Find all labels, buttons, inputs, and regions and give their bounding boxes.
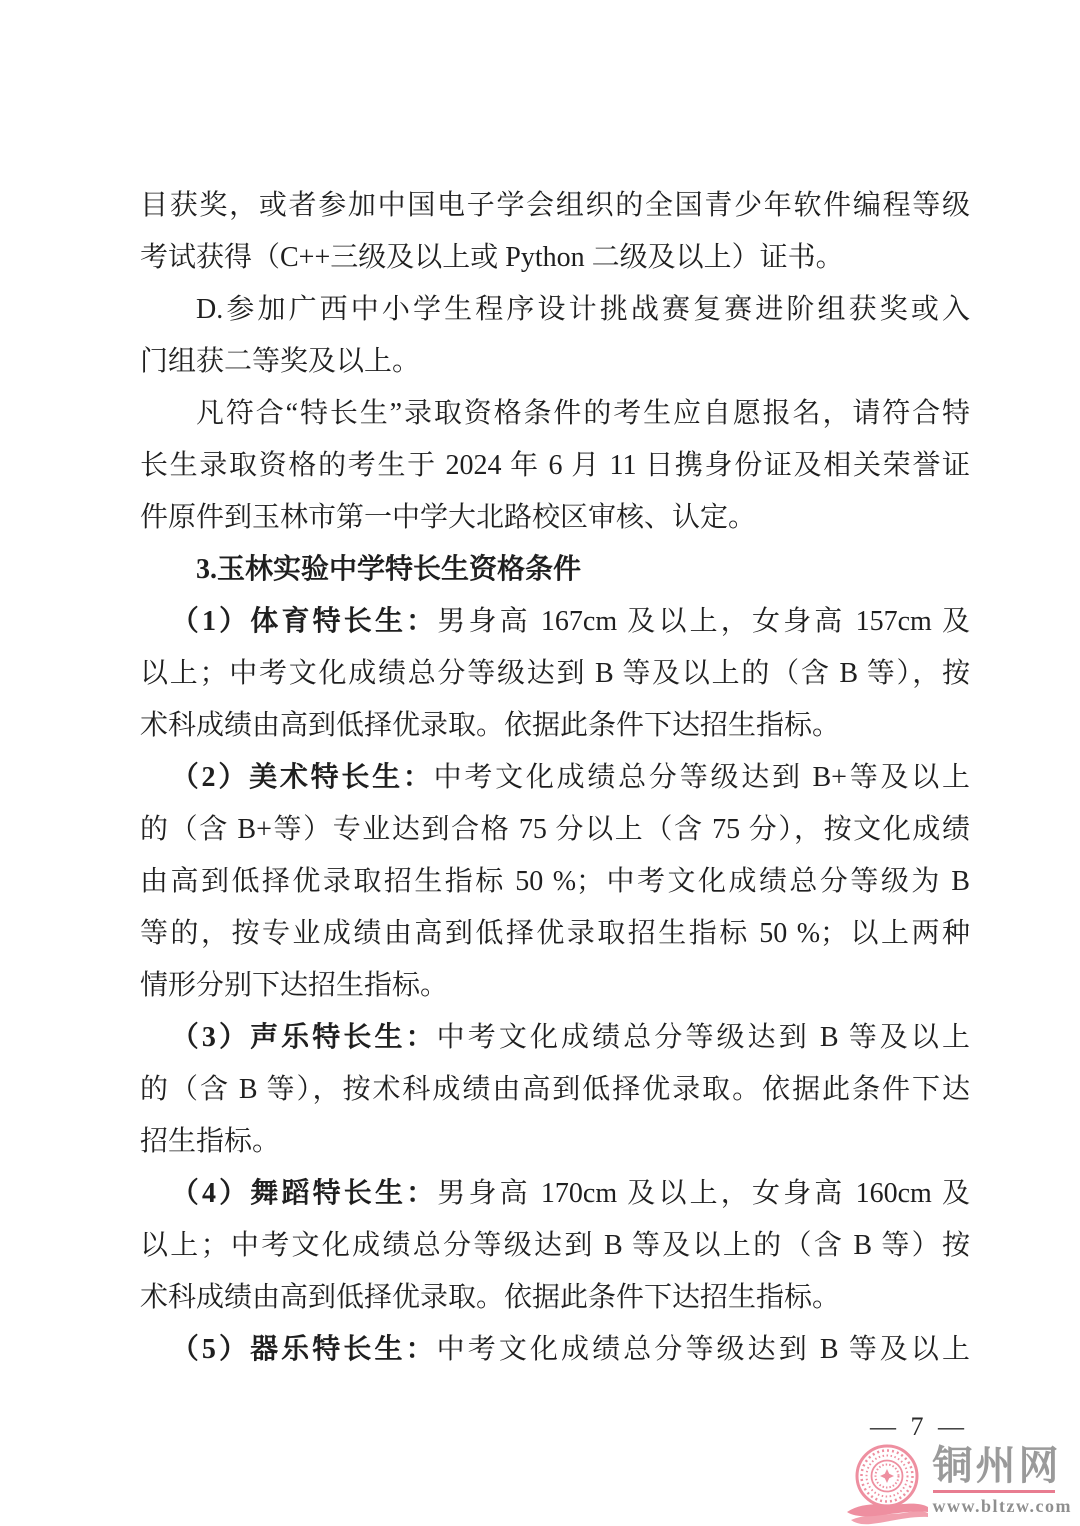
- text-segment: 的（含 B 等），按术科成绩由高到低择优录取。依据此条件下达: [140, 1074, 970, 1105]
- document-page: 目获奖，或者参加中国电子学会组织的全国青少年软件编程等级考试获得（C++三级及以…: [0, 0, 1080, 1526]
- text-segment: 术科成绩由高到低择优录取。依据此条件下达招生指标。: [140, 1282, 840, 1313]
- text-line: D.参加广西中小学生程序设计挑战赛复赛进阶组获奖或入: [140, 284, 970, 336]
- bold-text-segment: （4）舞蹈特长生：: [171, 1178, 437, 1209]
- text-segment: 目获奖，或者参加中国电子学会组织的全国青少年软件编程等级: [140, 190, 970, 221]
- text-line: （3）声乐特长生：中考文化成绩总分等级达到 B 等及以上: [140, 1012, 970, 1064]
- site-watermark: 铜州网 www.bltzw.com: [845, 1444, 1073, 1526]
- seal-icon: [845, 1444, 929, 1526]
- text-line: 的（含 B 等），按术科成绩由高到低择优录取。依据此条件下达: [140, 1064, 970, 1116]
- text-line: 件原件到玉林市第一中学大北路校区审核、认定。: [140, 492, 970, 544]
- text-line: 等的，按专业成绩由高到低择优录取招生指标 50 %；以上两种: [140, 908, 970, 960]
- text-line: （2）美术特长生：中考文化成绩总分等级达到 B+等及以上: [140, 752, 970, 804]
- text-segment: 等的，按专业成绩由高到低择优录取招生指标 50 %；以上两种: [140, 918, 970, 949]
- text-segment: 件原件到玉林市第一中学大北路校区审核、认定。: [140, 502, 756, 533]
- site-name: 铜州网: [933, 1444, 1062, 1488]
- text-segment: 由高到低择优录取招生指标 50 %；中考文化成绩总分等级为 B: [140, 866, 970, 897]
- text-line: （1）体育特长生：男身高 167cm 及以上，女身高 157cm 及: [140, 596, 970, 648]
- text-segment: 门组获二等奖及以上。: [140, 346, 420, 377]
- text-line: 以上；中考文化成绩总分等级达到 B 等及以上的（含 B 等），按: [140, 648, 970, 700]
- text-line: 3.玉林实验中学特长生资格条件: [140, 544, 970, 596]
- text-segment: 中考文化成绩总分等级达到 B 等及以上: [437, 1022, 970, 1053]
- text-line: 术科成绩由高到低择优录取。依据此条件下达招生指标。: [140, 700, 970, 752]
- text-segment: 的（含 B+等）专业达到合格 75 分以上（含 75 分），按文化成绩: [140, 814, 970, 845]
- text-segment: 招生指标。: [140, 1126, 280, 1157]
- text-segment: 情形分别下达招生指标。: [140, 970, 448, 1001]
- text-line: 门组获二等奖及以上。: [140, 336, 970, 388]
- text-line: 的（含 B+等）专业达到合格 75 分以上（含 75 分），按文化成绩: [140, 804, 970, 856]
- site-url: www.bltzw.com: [933, 1496, 1073, 1517]
- ribbon-icon: [847, 1504, 928, 1525]
- text-segment: 男身高 170cm 及以上，女身高 160cm 及: [437, 1178, 970, 1209]
- text-segment: D.参加广西中小学生程序设计挑战赛复赛进阶组获奖或入: [196, 294, 970, 325]
- bold-text-segment: （3）声乐特长生：: [171, 1022, 437, 1053]
- text-line: 长生录取资格的考生于 2024 年 6 月 11 日携身份证及相关荣誉证: [140, 440, 970, 492]
- text-segment: 以上；中考文化成绩总分等级达到 B 等及以上的（含 B 等），按: [140, 658, 970, 689]
- underline-divider: [933, 1490, 1055, 1493]
- text-line: 招生指标。: [140, 1116, 970, 1168]
- text-segment: 凡符合“特长生”录取资格条件的考生应自愿报名，请符合特: [196, 398, 970, 429]
- text-segment: 中考文化成绩总分等级达到 B+等及以上: [434, 762, 970, 793]
- bold-text-segment: （2）美术特长生：: [171, 762, 434, 793]
- bold-text-segment: （1）体育特长生：: [171, 606, 437, 637]
- text-line: 术科成绩由高到低择优录取。依据此条件下达招生指标。: [140, 1272, 970, 1324]
- bold-text-segment: 3.玉林实验中学特长生资格条件: [196, 554, 581, 585]
- text-segment: 中考文化成绩总分等级达到 B 等及以上: [437, 1334, 970, 1365]
- text-line: 凡符合“特长生”录取资格条件的考生应自愿报名，请符合特: [140, 388, 970, 440]
- text-line: （5）器乐特长生：中考文化成绩总分等级达到 B 等及以上: [140, 1324, 970, 1376]
- text-segment: 男身高 167cm 及以上，女身高 157cm 及: [437, 606, 970, 637]
- page-number: — 7 —: [870, 1412, 968, 1442]
- text-segment: 长生录取资格的考生于 2024 年 6 月 11 日携身份证及相关荣誉证: [140, 450, 970, 481]
- text-line: （4）舞蹈特长生：男身高 170cm 及以上，女身高 160cm 及: [140, 1168, 970, 1220]
- document-body: 目获奖，或者参加中国电子学会组织的全国青少年软件编程等级考试获得（C++三级及以…: [140, 180, 970, 1376]
- text-line: 情形分别下达招生指标。: [140, 960, 970, 1012]
- text-segment: 术科成绩由高到低择优录取。依据此条件下达招生指标。: [140, 710, 840, 741]
- text-line: 目获奖，或者参加中国电子学会组织的全国青少年软件编程等级: [140, 180, 970, 232]
- text-line: 以上；中考文化成绩总分等级达到 B 等及以上的（含 B 等）按: [140, 1220, 970, 1272]
- text-line: 由高到低择优录取招生指标 50 %；中考文化成绩总分等级为 B: [140, 856, 970, 908]
- text-segment: 考试获得（C++三级及以上或 Python 二级及以上）证书。: [140, 242, 844, 273]
- text-segment: 以上；中考文化成绩总分等级达到 B 等及以上的（含 B 等）按: [140, 1230, 970, 1261]
- text-line: 考试获得（C++三级及以上或 Python 二级及以上）证书。: [140, 232, 970, 284]
- bold-text-segment: （5）器乐特长生：: [171, 1334, 437, 1365]
